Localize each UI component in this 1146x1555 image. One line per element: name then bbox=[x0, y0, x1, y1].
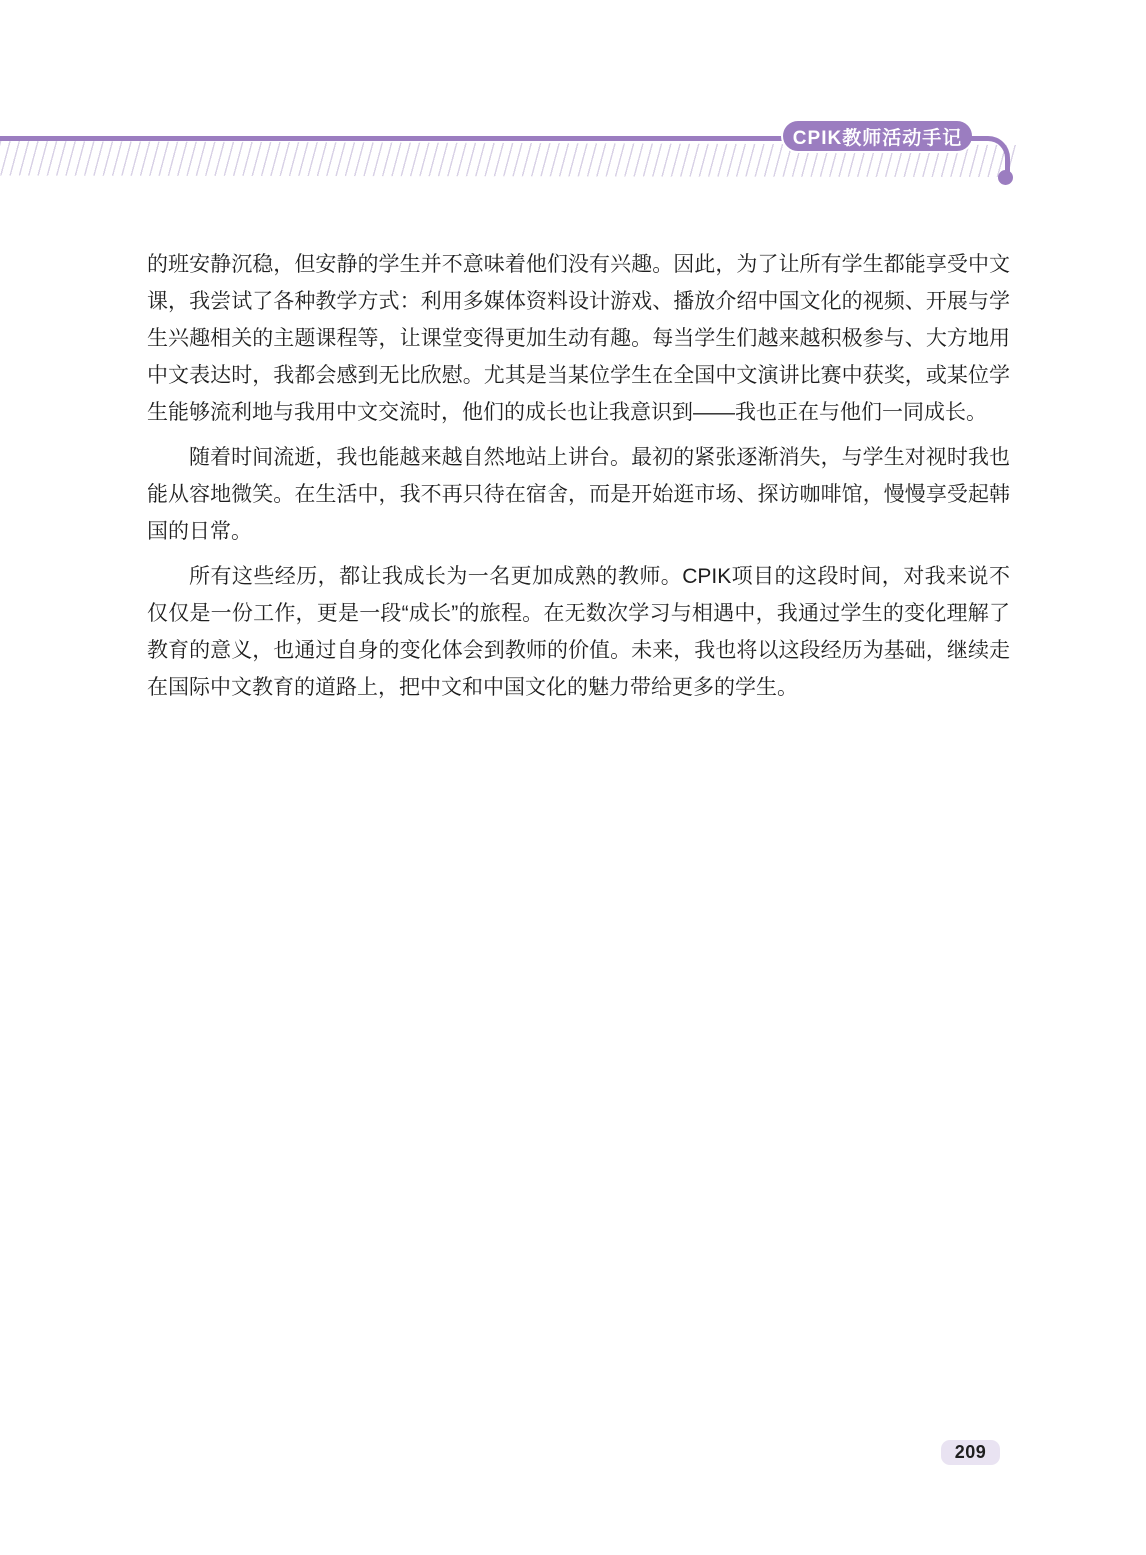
paragraph-2: 随着时间流逝，我也能越来越自然地站上讲台。最初的紧张逐渐消失，与学生对视时我也能… bbox=[147, 439, 1010, 550]
tab-connector-dot bbox=[998, 170, 1013, 185]
page-number: 209 bbox=[955, 1442, 987, 1463]
chapter-tab: CPIK教师活动手记 bbox=[781, 119, 974, 153]
header-rule bbox=[0, 136, 790, 141]
document-page: CPIK教师活动手记 的班安静沉稳，但安静的学生并不意味着他们没有兴趣。因此，为… bbox=[0, 0, 1146, 1555]
chapter-tab-label: CPIK教师活动手记 bbox=[793, 123, 962, 150]
paragraph-1: 的班安静沉稳，但安静的学生并不意味着他们没有兴趣。因此，为了让所有学生都能享受中… bbox=[147, 246, 1010, 431]
page-number-badge: 209 bbox=[941, 1440, 1000, 1465]
tab-connector-curve bbox=[970, 136, 1010, 174]
body-text: 的班安静沉稳，但安静的学生并不意味着他们没有兴趣。因此，为了让所有学生都能享受中… bbox=[147, 246, 1010, 714]
paragraph-3: 所有这些经历，都让我成长为一名更加成熟的教师。CPIK项目的这段时间，对我来说不… bbox=[147, 558, 1010, 706]
